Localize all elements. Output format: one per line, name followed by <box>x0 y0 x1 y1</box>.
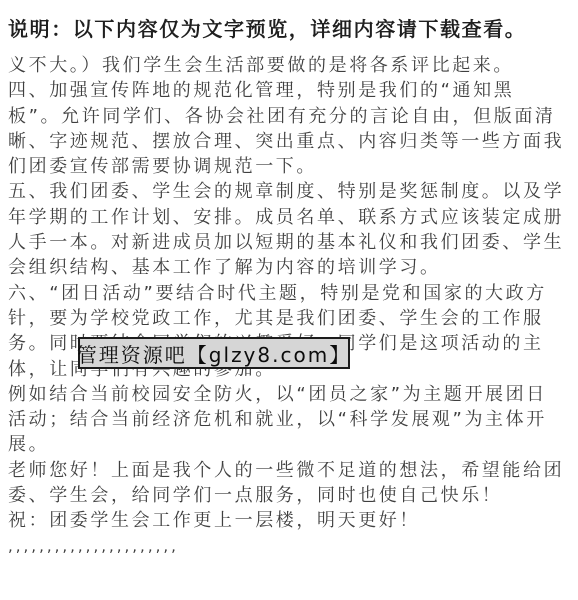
text-line: 年学期的工作计划、安排。成员名单、联系方式应该装定成册 <box>8 205 574 230</box>
text-line: 板”。允许同学们、各协会社团有充分的言论自由，但版面清 <box>8 104 574 129</box>
text-line: 活动；结合当前经济危机和就业，以“科学发展观”为主体开 <box>8 407 574 432</box>
text-line: 人手一本。对新进成员加以短期的基本礼仪和我们团委、学生 <box>8 230 574 255</box>
document-body: 义不大。）我们学生会生活部要做的是将各系评比起来。 四、加强宣传阵地的规范化管理… <box>8 53 574 559</box>
text-line: 义不大。）我们学生会生活部要做的是将各系评比起来。 <box>8 53 574 78</box>
text-line: 六、“团日活动”要结合时代主题，特别是党和国家的大政方 <box>8 281 574 306</box>
text-line: 展。 <box>8 432 574 457</box>
text-line: 会组织结构、基本工作了解为内容的培训学习。 <box>8 255 574 280</box>
text-line: 针，要为学校党政工作，尤其是我们团委、学生会的工作服 <box>8 306 574 331</box>
text-line: 委、学生会，给同学们一点服务，同时也使自己快乐！ <box>8 483 574 508</box>
text-line: 五、我们团委、学生会的规章制度、特别是奖惩制度。以及学 <box>8 179 574 204</box>
ellipsis-row: ,,,,,,,,,,,,,,,,,,,,,, <box>8 534 574 559</box>
preview-notice-heading: 说明：以下内容仅为文字预览，详细内容请下载查看。 <box>8 13 526 42</box>
document-preview-page: 说明：以下内容仅为文字预览，详细内容请下载查看。 义不大。）我们学生会生活部要做… <box>0 0 578 600</box>
text-line: 四、加强宣传阵地的规范化管理，特别是我们的“通知黑 <box>8 78 574 103</box>
text-line: 们团委宣传部需要协调规范一下。 <box>8 154 574 179</box>
text-line: 老师您好！上面是我个人的一些微不足道的想法，希望能给团 <box>8 458 574 483</box>
text-line: 祝：团委学生会工作更上一层楼，明天更好！ <box>8 508 574 533</box>
watermark-text: 管理资源吧【glzy8.com】 <box>77 339 351 368</box>
text-line: 例如结合当前校园安全防火，以“团员之家”为主题开展团日 <box>8 382 574 407</box>
text-line: 晰、字迹规范、摆放合理、突出重点、内容归类等一些方面我 <box>8 129 574 154</box>
watermark-badge: 管理资源吧【glzy8.com】 <box>78 337 350 369</box>
